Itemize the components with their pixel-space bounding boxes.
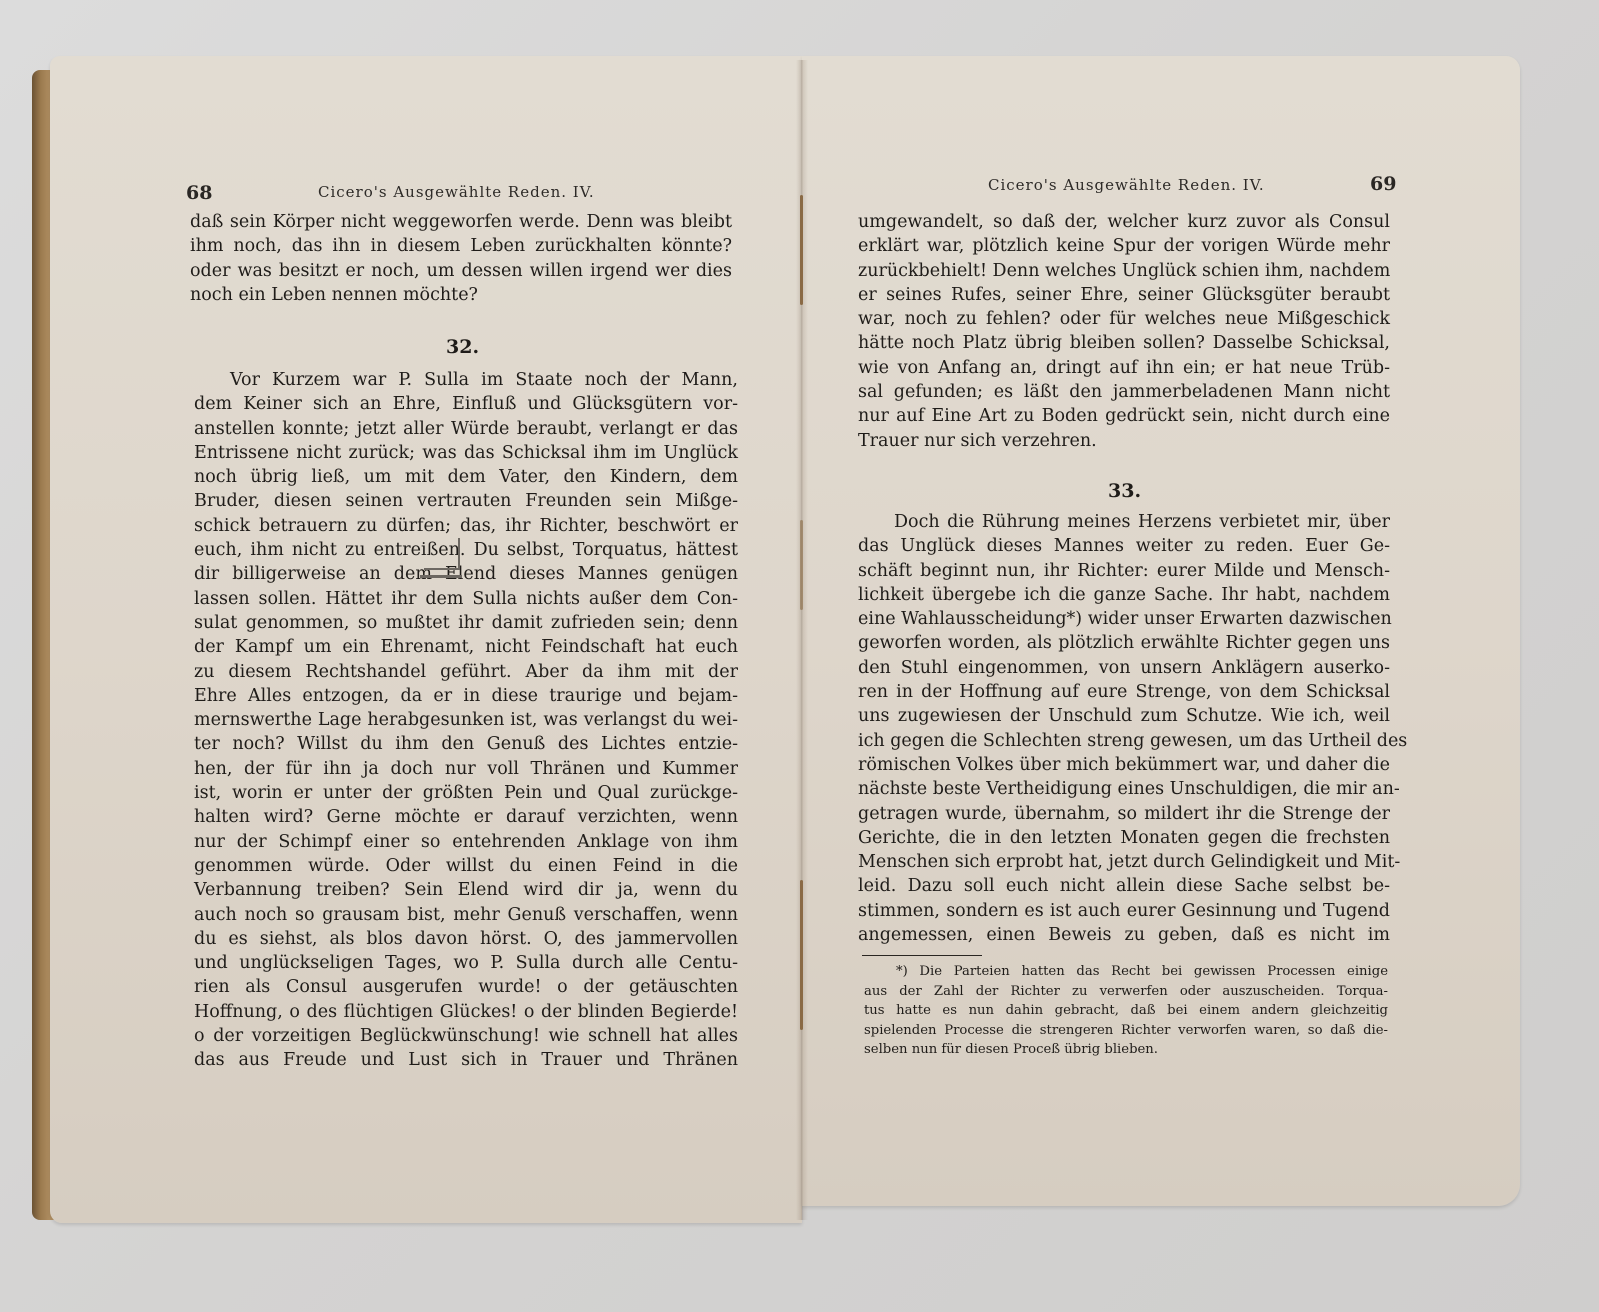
text-line: lichkeit übergebe ich die ganze Sache. I… [858, 583, 1390, 607]
footnote-line: spielenden Processe die strengeren Richt… [864, 1021, 1388, 1041]
text-line: o der vorzeitigen Beglückwünschung! wie … [194, 1024, 738, 1048]
binding-stitch [800, 195, 803, 305]
text-line: oder was besitzt er noch, um dessen will… [190, 259, 732, 283]
text-line: den Stuhl eingenommen, von unsern Ankläg… [858, 656, 1390, 680]
running-header-left: Cicero's Ausgewählte Reden. IV. [318, 183, 595, 201]
text-line: Bruder, diesen seinen vertrauten Freunde… [194, 489, 738, 513]
footnote-line: selben nun für diesen Proceß übrig blieb… [864, 1040, 1388, 1060]
pencil-bracket-mark [424, 538, 460, 570]
text-line: Hoffnung, o des flüchtigen Glückes! o de… [194, 1000, 738, 1024]
right-continuation-paragraph: umgewandelt, so daß der, welcher kurz zu… [858, 210, 1390, 453]
text-line: euch, ihm nicht zu entreißen. Du selbst,… [194, 538, 738, 562]
binding-stitch [800, 880, 803, 1030]
footnote-line: *) Die Parteien hatten das Recht bei gew… [864, 962, 1388, 982]
text-line: ich gegen die Schlechten streng gewesen,… [858, 729, 1390, 753]
text-line: der Kampf um ein Ehrenamt, nicht Feindsc… [194, 635, 738, 659]
section-number-32: 32. [446, 336, 479, 358]
text-line: auch noch so grausam bist, mehr Genuß ve… [194, 903, 738, 927]
text-line: Ehre Alles entzogen, da er in diese trau… [194, 684, 738, 708]
text-line: nächste beste Vertheidigung eines Unschu… [858, 777, 1390, 801]
section-32-paragraph: Vor Kurzem war P. Sulla im Staate noch d… [194, 368, 738, 1073]
text-line: zu diesem Rechtshandel geführt. Aber da … [194, 660, 738, 684]
section-33-paragraph: Doch die Rührung meines Herzens verbiete… [858, 510, 1390, 947]
text-line: schäft beginnt nun, ihr Richter: eurer M… [858, 559, 1390, 583]
text-line: Trauer nur sich verzehren. [858, 429, 1390, 453]
text-line: halten wird? Gerne möchte er darauf verz… [194, 805, 738, 829]
left-continuation-paragraph: daß sein Körper nicht weggeworfen werde.… [190, 210, 732, 307]
text-line: du es siehst, als blos davon hörst. O, d… [194, 927, 738, 951]
text-line: das aus Freude und Lust sich in Trauer u… [194, 1048, 738, 1072]
footnote-line: tus hatte es nun dahin gebracht, daß bei… [864, 1001, 1388, 1021]
text-line: anstellen konnte; jetzt aller Würde bera… [194, 417, 738, 441]
running-header-right: Cicero's Ausgewählte Reden. IV. [988, 176, 1265, 194]
page-number-right: 69 [1370, 173, 1396, 195]
text-line: nur auf Eine Art zu Boden gedrückt sein,… [858, 404, 1390, 428]
pencil-underline-mark [420, 575, 462, 578]
text-line: dem Keiner sich an Ehre, Einfluß und Glü… [194, 392, 738, 416]
text-line: wie von Anfang an, dringt auf ihn ein; e… [858, 356, 1390, 380]
text-line: Menschen sich erprobt hat, jetzt durch G… [858, 850, 1390, 874]
text-line: getragen wurde, übernahm, so mildert ihr… [858, 802, 1390, 826]
text-line: angemessen, einen Beweis zu geben, daß e… [858, 923, 1390, 947]
text-line: mernswerthe Lage herabgesunken ist, was … [194, 708, 738, 732]
text-line: leid. Dazu soll euch nicht allein diese … [858, 874, 1390, 898]
text-line: hen, der für ihn ja doch nur voll Thräne… [194, 757, 738, 781]
text-line: dir billigerweise an dem Elend dieses Ma… [194, 562, 738, 586]
text-line: lassen sollen. Hättet ihr dem Sulla nich… [194, 587, 738, 611]
page-number-left: 68 [186, 182, 212, 204]
text-line: war, noch zu fehlen? oder für welches ne… [858, 307, 1390, 331]
footnote: *) Die Parteien hatten das Recht bei gew… [864, 962, 1388, 1060]
text-line: erklärt war, plötzlich keine Spur der vo… [858, 234, 1390, 258]
text-line: noch übrig ließ, um mit dem Vater, den K… [194, 465, 738, 489]
text-line: rien als Consul ausgerufen wurde! o der … [194, 975, 738, 999]
text-line: genommen würde. Oder willst du einen Fei… [194, 854, 738, 878]
text-line: und unglückseligen Tages, wo P. Sulla du… [194, 951, 738, 975]
text-line: daß sein Körper nicht weggeworfen werde.… [190, 210, 732, 234]
footnote-line: aus der Zahl der Richter zu verwerfen od… [864, 982, 1388, 1002]
text-line: er seines Rufes, seiner Ehre, seiner Glü… [858, 283, 1390, 307]
text-line: Verbannung treiben? Sein Elend wird dir … [194, 878, 738, 902]
text-line: uns zugewiesen der Unschuld zum Schutze.… [858, 704, 1390, 728]
text-line: schick betrauern zu dürfen; das, ihr Ric… [194, 514, 738, 538]
text-line: eine Wahlausscheidung*) wider unser Erwa… [858, 607, 1390, 631]
text-line: umgewandelt, so daß der, welcher kurz zu… [858, 210, 1390, 234]
text-line: Vor Kurzem war P. Sulla im Staate noch d… [194, 368, 738, 392]
text-line: sal gefunden; es läßt den jammerbeladene… [858, 380, 1390, 404]
text-line: zurückbehielt! Denn welches Unglück schi… [858, 259, 1390, 283]
footnote-rule [862, 955, 982, 956]
text-line: hätte noch Platz übrig bleiben sollen? D… [858, 331, 1390, 355]
text-line: nur der Schimpf einer so entehrenden Ank… [194, 830, 738, 854]
text-line: ihm noch, das ihn in diesem Leben zurück… [190, 234, 732, 258]
text-line: geworfen worden, als plötzlich erwählte … [858, 631, 1390, 655]
text-line: Entrissene nicht zurück; was das Schicks… [194, 441, 738, 465]
text-line: noch ein Leben nennen möchte? [190, 283, 732, 307]
text-line: römischen Volkes über mich bekümmert war… [858, 753, 1390, 777]
text-line: ist, worin er unter der größten Pein und… [194, 781, 738, 805]
text-line: Gerichte, die in den letzten Monaten geg… [858, 826, 1390, 850]
text-line: ter noch? Willst du ihm den Genuß des Li… [194, 732, 738, 756]
text-line: Doch die Rührung meines Herzens verbiete… [858, 510, 1390, 534]
binding-stitch [800, 520, 803, 610]
text-line: sulat genommen, so mußtet ihr damit zufr… [194, 611, 738, 635]
text-line: stimmen, sondern es ist auch eurer Gesin… [858, 899, 1390, 923]
text-line: ren in der Hoffnung auf eure Strenge, vo… [858, 680, 1390, 704]
text-line: das Unglück dieses Mannes weiter zu rede… [858, 534, 1390, 558]
section-number-33: 33. [1108, 480, 1141, 502]
